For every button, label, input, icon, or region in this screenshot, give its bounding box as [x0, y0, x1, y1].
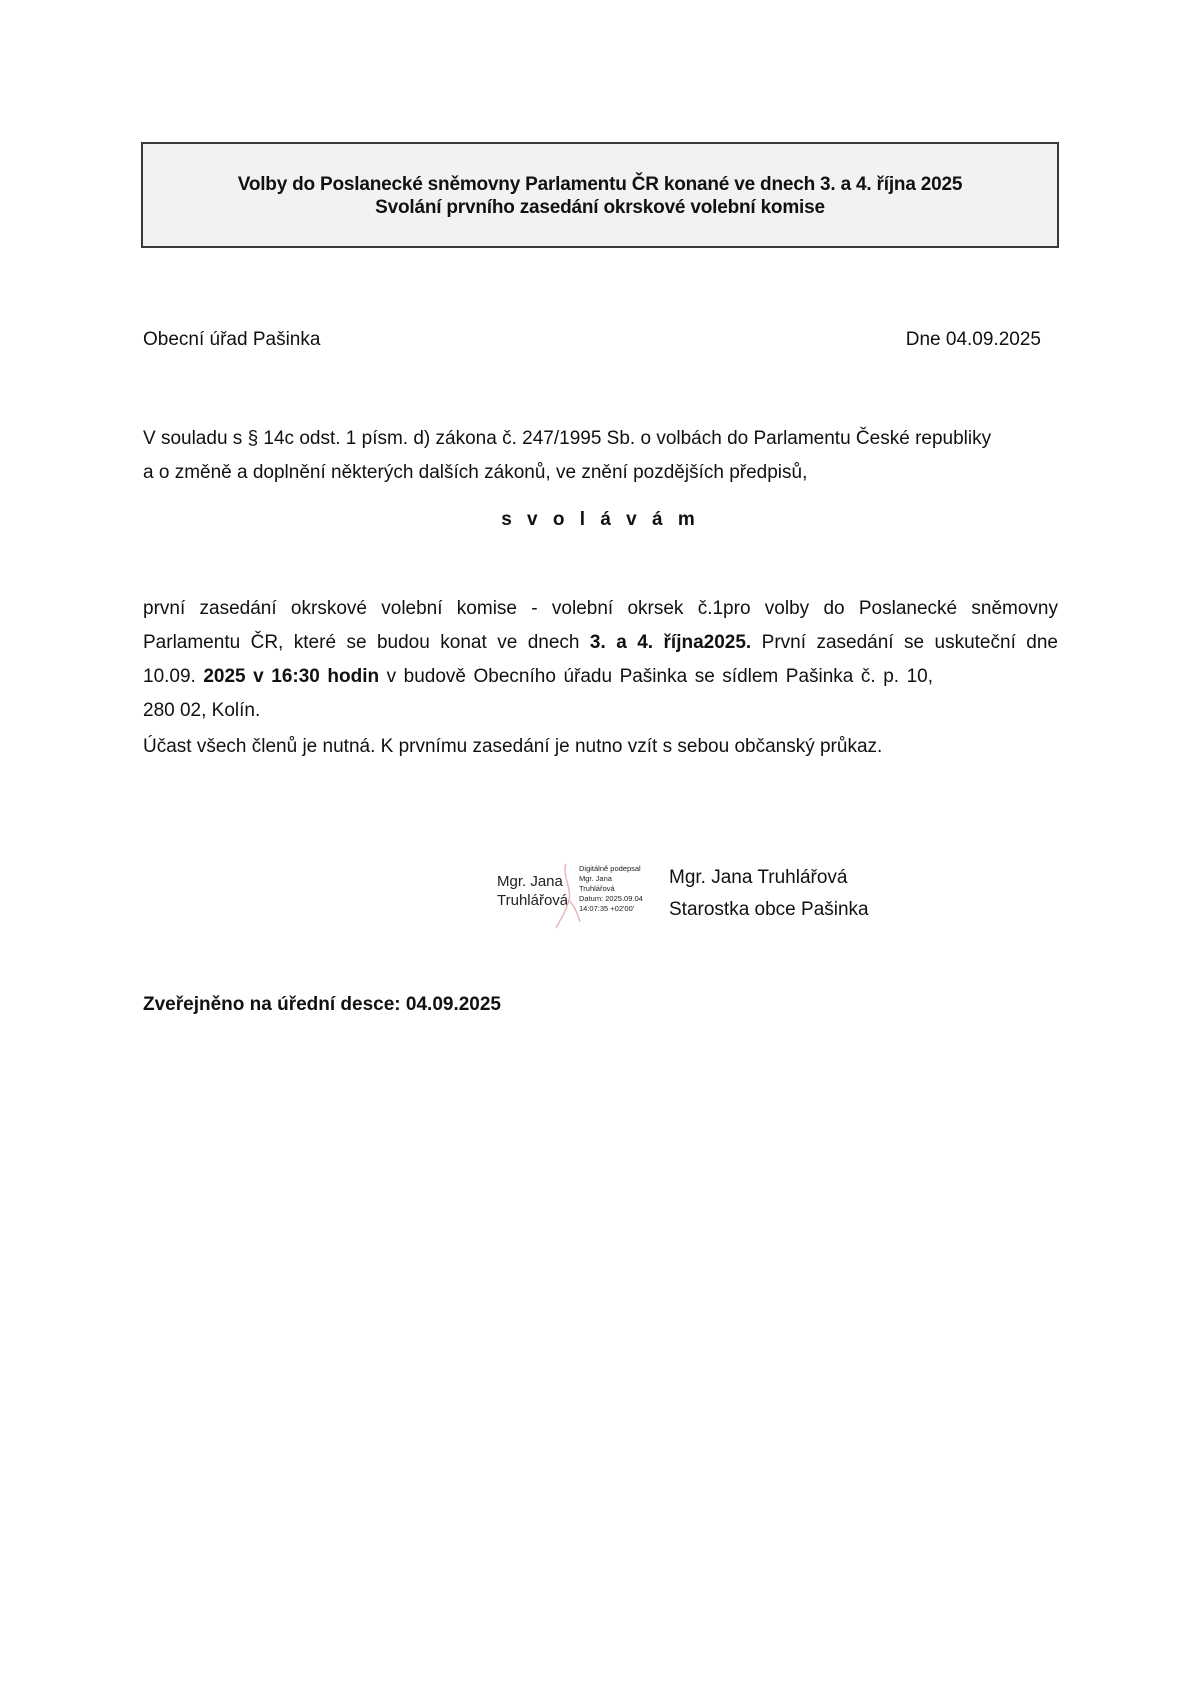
signer-name: Mgr. Jana Truhlářová — [669, 862, 869, 894]
header-box: Volby do Poslanecké sněmovny Parlamentu … — [141, 142, 1059, 248]
title-line-2: Svolání prvního zasedání okrskové volebn… — [143, 196, 1057, 219]
meeting-date-prefix: 10.09. — [143, 666, 203, 687]
meeting-paragraph: první zasedání okrskové volební komise -… — [143, 592, 1058, 728]
title-line-1: Volby do Poslanecké sněmovny Parlamentu … — [143, 173, 1057, 196]
stamp-details: Digitálně podepsal Mgr. Jana Truhlářová … — [579, 864, 643, 914]
legal-basis-line-2: a o změně a doplnění některých dalších z… — [143, 461, 807, 484]
paragraph-line-1: první zasedání okrskové volební komise -… — [143, 592, 1058, 626]
stamp-detail-line: Mgr. Jana — [579, 874, 643, 884]
stamp-detail-line: Datum: 2025.09.04 — [579, 894, 643, 904]
line2-text: Parlamentu ČR, které se budou konat ve d… — [143, 632, 590, 653]
paragraph-line-3: 10.09. 2025 v 16:30 hodin v budově Obecn… — [143, 660, 933, 694]
signer-block: Mgr. Jana Truhlářová Starostka obce Paši… — [669, 862, 869, 926]
meeting-time: 2025 v 16:30 hodin — [203, 666, 379, 687]
issuing-office: Obecní úřad Pašinka — [143, 328, 320, 351]
convene-heading: s v o l á v á m — [0, 508, 1191, 531]
document-title: Volby do Poslanecké sněmovny Parlamentu … — [143, 173, 1057, 219]
legal-basis-line-1: V souladu s § 14c odst. 1 písm. d) zákon… — [143, 427, 991, 450]
signature-mark-icon — [552, 862, 582, 932]
stamp-detail-line: Truhlářová — [579, 884, 643, 894]
stamp-detail-line: 14:07:35 +02'00' — [579, 904, 643, 914]
meeting-location: v budově Obecního úřadu Pašinka se sídle… — [379, 666, 933, 687]
publication-note: Zveřejněno na úřední desce: 04.09.2025 — [143, 993, 501, 1016]
stamp-detail-line: Digitálně podepsal — [579, 864, 643, 874]
issue-date: Dne 04.09.2025 — [906, 328, 1041, 351]
paragraph-line-4: 280 02, Kolín. — [143, 694, 1058, 728]
document-page: Volby do Poslanecké sněmovny Parlamentu … — [0, 0, 1191, 1684]
election-dates: 3. a 4. října2025. — [590, 632, 751, 653]
attendance-note: Účast všech členů je nutná. K prvnímu za… — [143, 735, 882, 758]
signer-title: Starostka obce Pašinka — [669, 894, 869, 926]
digital-signature-stamp: Mgr. Jana Truhlářová Digitálně podepsal … — [497, 862, 647, 932]
paragraph-line-2: Parlamentu ČR, které se budou konat ve d… — [143, 626, 1058, 660]
line2-text-end: První zasedání se uskuteční dne — [751, 632, 1058, 653]
